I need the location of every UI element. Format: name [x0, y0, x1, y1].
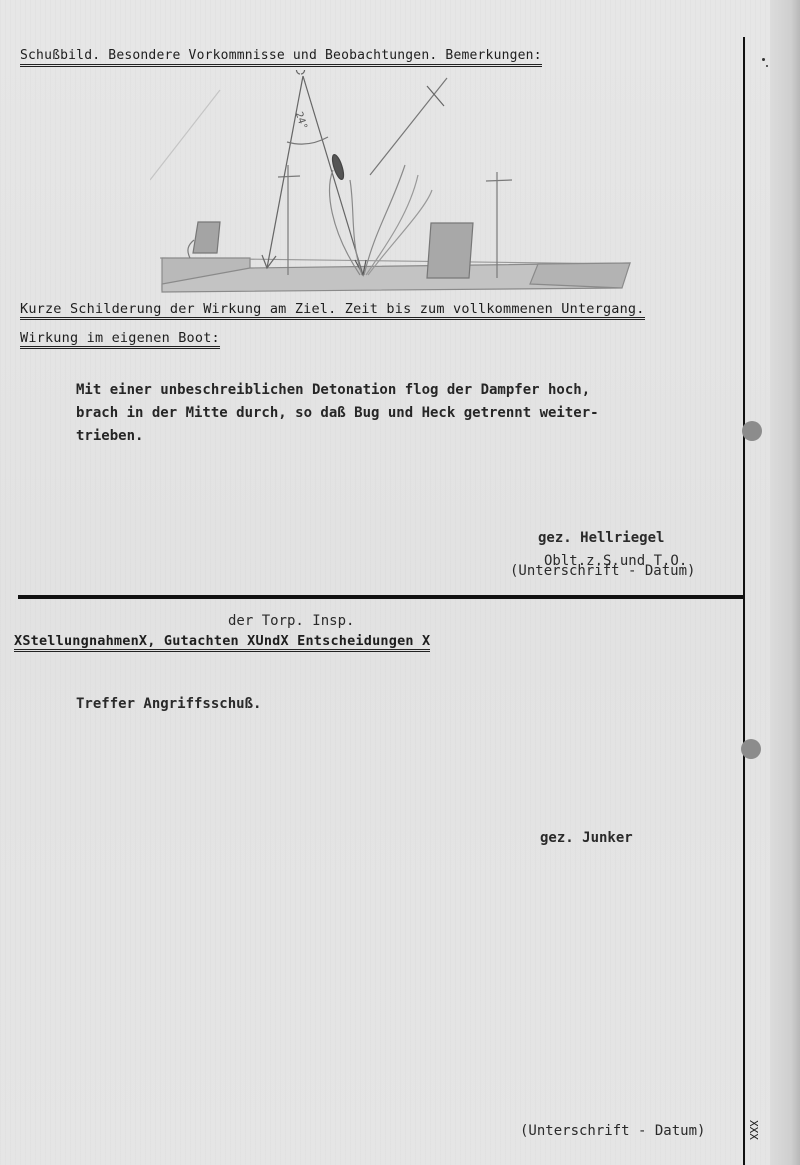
page-mark: XXX: [747, 1120, 760, 1140]
page-edge: [770, 0, 800, 1165]
verdict-text: Treffer Angriffsschuß.: [76, 696, 261, 712]
torpedo-hit-sketch: 24°: [150, 70, 640, 300]
signature-caption-2: (Unterschrift - Datum): [520, 1123, 705, 1139]
section-heading-schussbild: Schußbild. Besondere Vorkommnisse und Be…: [20, 49, 542, 67]
speck: [766, 65, 768, 67]
section-heading-wirkung-am-ziel: Kurze Schilderung der Wirkung am Ziel. Z…: [20, 302, 645, 320]
body-line-3: trieben.: [76, 426, 143, 446]
punch-hole-icon: [742, 421, 762, 441]
section-divider: [18, 595, 745, 599]
body-line-2: brach in der Mitte durch, so daß Bug und…: [76, 403, 599, 423]
section-heading-wirkung-eigenes-boot: Wirkung im eigenen Boot:: [20, 331, 220, 349]
speck: [762, 58, 765, 61]
signature-hellriegel: gez. Hellriegel: [538, 530, 664, 546]
section-heading-stellungnahmen: XStellungnahmenX, Gutachten XUndX Entsch…: [14, 634, 430, 652]
angle-label: 24°: [293, 111, 309, 132]
signature-caption-1: (Unterschrift - Datum): [510, 563, 695, 579]
signature-junker: gez. Junker: [540, 830, 633, 846]
torp-insp-prefix: der Torp. Insp.: [228, 613, 354, 629]
punch-hole-icon: [741, 739, 761, 759]
document-page: Schußbild. Besondere Vorkommnisse und Be…: [0, 0, 800, 1165]
margin-rule: [743, 37, 745, 1165]
body-line-1: Mit einer unbeschreiblichen Detonation f…: [76, 380, 590, 400]
